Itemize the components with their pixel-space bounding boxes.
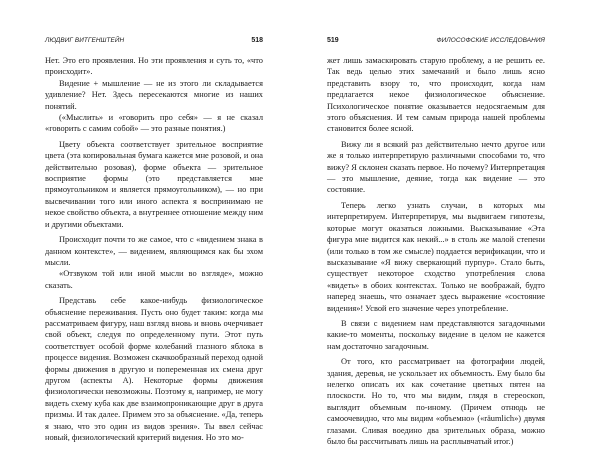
left-running-head: Людвиг Витгенштейн 518 [45, 37, 263, 49]
right-running-head: 519 Философские исследования [327, 37, 545, 49]
paragraph: («Мыслить» и «говорить про себя» — я не … [45, 112, 263, 135]
left-page-body: Нет. Это его проявления. Но эти проявлен… [45, 55, 263, 443]
paragraph: Нет. Это его проявления. Но эти проявлен… [45, 55, 263, 78]
paragraph: Теперь легко узнать случаи, в которых мы… [327, 200, 545, 314]
paragraph: Видение + мышление — не из этого ли скла… [45, 78, 263, 112]
paragraph: Вижу ли я всякий раз действительно нечто… [327, 139, 545, 196]
right-page: 519 Философские исследования жет лишь за… [327, 37, 545, 447]
right-page-body: жет лишь замаскировать старую проблему, … [327, 55, 545, 447]
page-number: 519 [327, 37, 339, 44]
book-spread: Людвиг Витгенштейн 518 Нет. Это его проя… [0, 0, 600, 467]
running-title: Философские исследования [436, 37, 545, 44]
page-number: 518 [251, 37, 263, 44]
left-page: Людвиг Витгенштейн 518 Нет. Это его проя… [45, 37, 263, 443]
paragraph: «Отзвуком той или иной мысли во взгляде»… [45, 268, 263, 291]
paragraph: Цвету объекта соответствует зрительное в… [45, 139, 263, 230]
running-title: Людвиг Витгенштейн [45, 37, 124, 44]
paragraph: Происходит почти то же самое, что с «вид… [45, 234, 263, 268]
paragraph: В связи с видением нам представляются за… [327, 318, 545, 352]
paragraph: От того, кто рассматривает на фотографии… [327, 356, 545, 447]
paragraph: жет лишь замаскировать старую проблему, … [327, 55, 545, 135]
paragraph: Представь себе какое-нибудь физиологичес… [45, 295, 263, 443]
